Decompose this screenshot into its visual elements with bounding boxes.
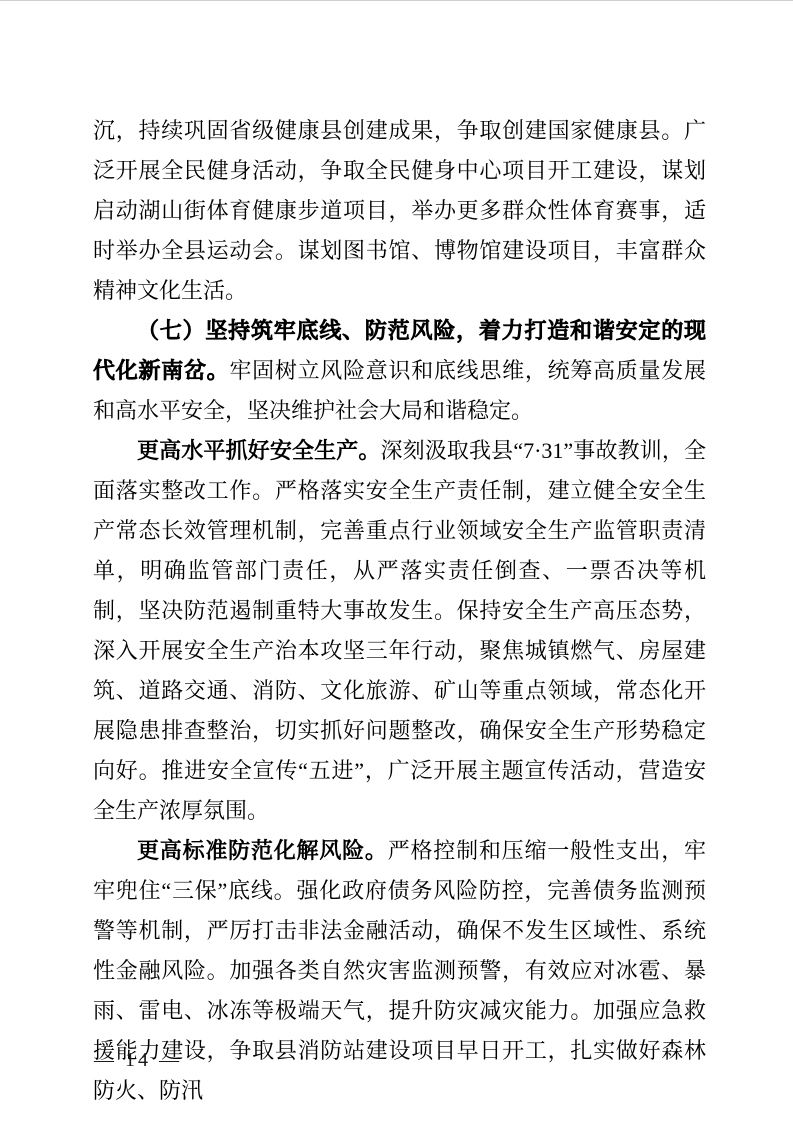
page-number: — 14 — — [94, 1046, 182, 1074]
paragraph-safety-production: 更高水平抓好安全生产。深刻汲取我县“7·31”事故教训，全面落实整改工作。严格落… — [93, 431, 706, 831]
page-top-edge-line — [0, 0, 793, 1]
paragraph-section-seven: （七）坚持筑牢底线、防范风险，着力打造和谐安定的现代化新南岔。牢固树立风险意识和… — [93, 311, 706, 431]
paragraph-risk-prevention: 更高标准防范化解风险。严格控制和压缩一般性支出，牢牢兜住“三保”底线。强化政府债… — [93, 831, 706, 1111]
risk-prevention-lead: 更高标准防范化解风险。 — [137, 838, 388, 863]
document-body: 沉，持续巩固省级健康县创建成果，争取创建国家健康县。广泛开展全民健身活动，争取全… — [93, 111, 706, 1111]
safety-production-lead: 更高水平抓好安全生产。 — [137, 438, 381, 463]
risk-prevention-body-text: 严格控制和压缩一般性支出，牢牢兜住“三保”底线。强化政府债务风险防控，完善债务监… — [93, 838, 706, 1103]
safety-production-body-text: 深刻汲取我县“7·31”事故教训，全面落实整改工作。严格落实安全生产责任制，建立… — [93, 438, 706, 823]
paragraph-continuation: 沉，持续巩固省级健康县创建成果，争取创建国家健康县。广泛开展全民健身活动，争取全… — [93, 111, 706, 311]
document-page: 沉，持续巩固省级健康县创建成果，争取创建国家健康县。广泛开展全民健身活动，争取全… — [0, 0, 793, 1122]
paragraph-continuation-text: 沉，持续巩固省级健康县创建成果，争取创建国家健康县。广泛开展全民健身活动，争取全… — [93, 118, 706, 303]
